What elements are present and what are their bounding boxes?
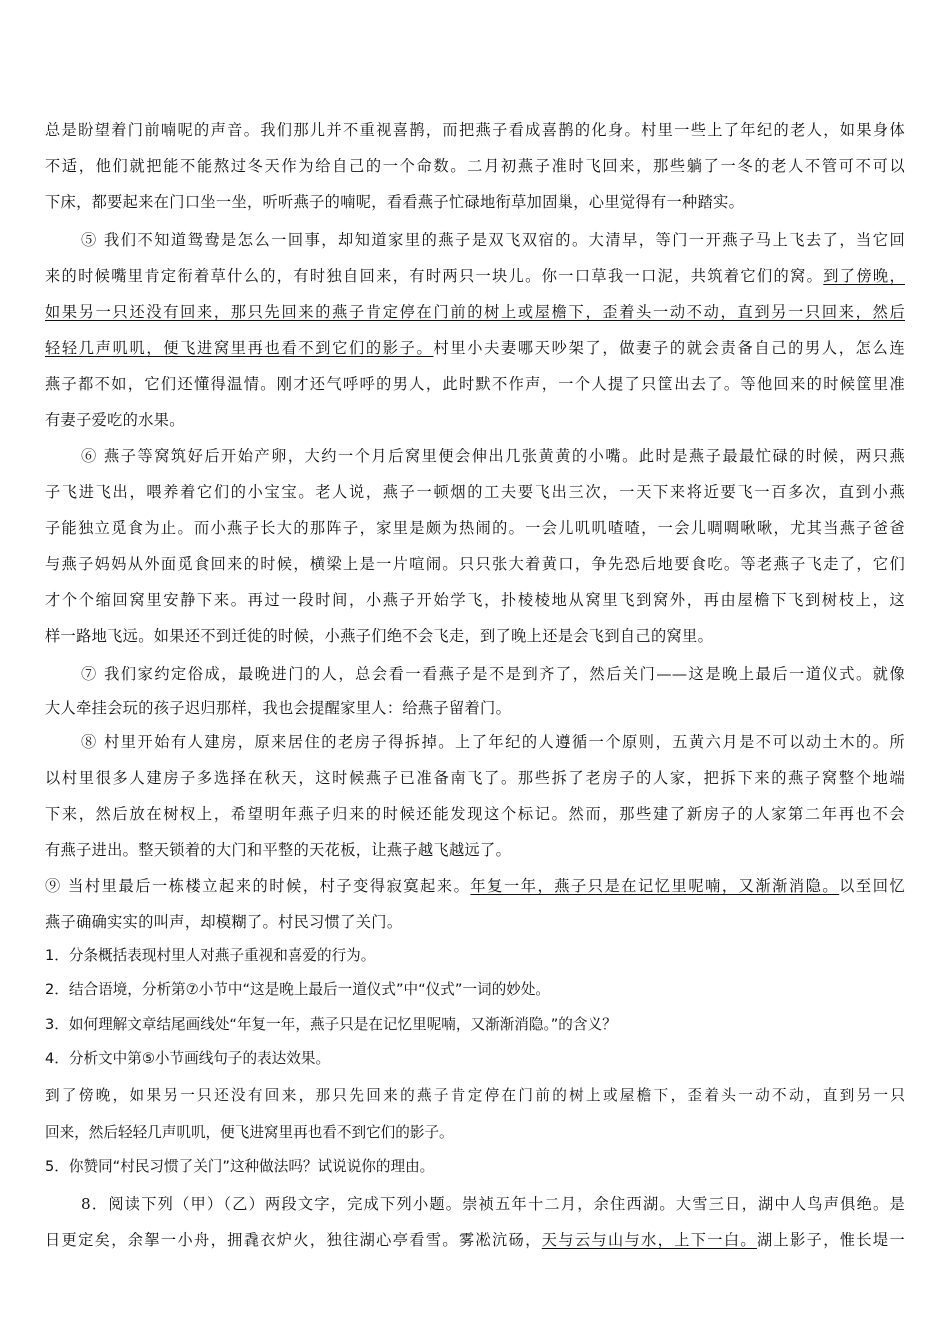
paragraph-5-line: 燕子都不如，它们还懂得温情。刚才还气呼呼的男人，此时默不作声，一个人提了只筐出去… <box>45 366 905 402</box>
paragraph-5-line: 轻轻几声叽叽，便飞进窝里再也看不到它们的影子。村里小夫妻哪天吵架了，做妻子的就会… <box>45 330 905 366</box>
paragraph-9-line: 燕子确确实实的叫声，却模糊了。村民习惯了关门。 <box>45 904 905 940</box>
paragraph-6-line: 与燕子妈妈从外面觅食回来的时候，横梁上是一片喧闹。只只张大着黄口，争先恐后地要食… <box>45 546 905 582</box>
question-3: 3．如何理解文章结尾画线处“年复一年，燕子只是在记忆里呢喃，又渐渐消隐。”的含义… <box>45 1007 905 1043</box>
plain-text: 湖上影子，惟长堤一 <box>757 1231 905 1249</box>
paragraph-5-line: 如果另一只还没有回来，那只先回来的燕子肯定停在门前的树上或屋檐下，歪着头一动不动… <box>45 294 905 330</box>
paragraph-8-line: 有燕子进出。整天锁着的大门和平整的天花板，让燕子越飞越远了。 <box>45 832 905 868</box>
plain-text: 日更定矣，余挐一小舟，拥毳衣炉火，独往湖心亭看雪。雾凇沆砀， <box>45 1231 542 1249</box>
plain-text: 以至回忆 <box>839 877 905 895</box>
paragraph-5-line: 来的时候嘴里肯定衔着草什么的，有时独自回来，有时两只一块儿。你一口草我一口泥，共… <box>45 258 905 294</box>
underlined-sentence: 到了傍晚， <box>823 267 905 285</box>
underlined-sentence: 天与云与山与水，上下一白。 <box>542 1231 757 1249</box>
paragraph-6-line: 子飞进飞出，喂养着它们的小宝宝。老人说，燕子一顿烟的工夫要飞出三次，一天下来将近… <box>45 474 905 510</box>
paragraph-8-line: 下来，然后放在树杈上，希望明年燕子归来的时候还能发现这个标记。然而，那些建了新房… <box>45 796 905 832</box>
paragraph-6-line: 才个个缩回窝里安静下来。再过一段时间，小燕子开始学飞，扑棱棱地从窝里飞到窝外，再… <box>45 582 905 618</box>
paragraph-line: 总是盼望着门前喃呢的声音。我们那儿并不重视喜鹊，而把燕子看成喜鹊的化身。村里一些… <box>45 112 905 148</box>
paragraph-9-line: ⑨ 当村里最后一栋楼立起来的时候，村子变得寂寞起来。年复一年，燕子只是在记忆里呢… <box>45 868 905 904</box>
underlined-sentence: 轻轻几声叽叽，便飞进窝里再也看不到它们的影子。 <box>45 339 433 357</box>
question-8-line: 日更定矣，余挐一小舟，拥毳衣炉火，独往湖心亭看雪。雾凇沆砀，天与云与山与水，上下… <box>45 1222 905 1258</box>
paragraph-8-line: 以村里很多人建房子多选择在秋天，这时候燕子已准备南飞了。那些拆了老房子的人家，把… <box>45 760 905 796</box>
underlined-sentence: 年复一年，燕子只是在记忆里呢喃，又渐渐消隐。 <box>470 877 839 895</box>
question-4-quote-line: 到了傍晚，如果另一只还没有回来，那只先回来的燕子肯定停在门前的树上或屋檐下，歪着… <box>45 1078 905 1114</box>
paragraph-5-line: ⑤ 我们不知道鸳鸯是怎么一回事，却知道家里的燕子是双飞双宿的。大清早，等门一开燕… <box>45 222 905 258</box>
question-4-quote-line: 回来，然后轻轻几声叽叽，便飞进窝里再也看不到它们的影子。 <box>45 1115 905 1151</box>
paragraph-6-line: 样一路地飞远。如果还不到迁徙的时候，小燕子们绝不会飞走，到了晚上还是会飞到自己的… <box>45 618 905 654</box>
question-4: 4．分析文中第⑤小节画线句子的表达效果。 <box>45 1041 905 1077</box>
question-1: 1．分条概括表现村里人对燕子重视和喜爱的行为。 <box>45 938 905 974</box>
paragraph-7-line: 大人牵挂会玩的孩子迟归那样，我也会提醒家里人：给燕子留着门。 <box>45 690 905 726</box>
plain-text: 村里小夫妻哪天吵架了，做妻子的就会责备自己的男人，怎么连 <box>433 339 905 357</box>
paragraph-6-line: ⑥ 燕子等窝筑好后开始产卵，大约一个月后窝里便会伸出几张黄黄的小嘴。此时是燕子最… <box>45 438 905 474</box>
paragraph-5-line: 有妻子爱吃的水果。 <box>45 402 905 438</box>
plain-text: ⑨ 当村里最后一栋楼立起来的时候，村子变得寂寞起来。 <box>45 877 470 895</box>
paragraph-line: 不适，他们就把能不能熬过冬天作为给自己的一个命数。二月初燕子准时飞回来，那些躺了… <box>45 148 905 184</box>
paragraph-8-line: ⑧ 村里开始有人建房，原来居住的老房子得拆掉。上了年纪的人遵循一个原则，五黄六月… <box>45 724 905 760</box>
question-5: 5．你赞同“村民习惯了关门”这种做法吗？试说说你的理由。 <box>45 1149 905 1185</box>
paragraph-line: 下床，都要起来在门口坐一坐，听听燕子的喃呢，看看燕子忙碌地衔草加固巢，心里觉得有… <box>45 184 905 220</box>
paragraph-6-line: 子能独立觅食为止。而小燕子长大的那阵子，家里是颇为热闹的。一会儿叽叽喳喳，一会儿… <box>45 510 905 546</box>
plain-text: 来的时候嘴里肯定衔着草什么的，有时独自回来，有时两只一块儿。你一口草我一口泥，共… <box>45 267 823 285</box>
question-8-line: 8．阅读下列（甲）（乙）两段文字，完成下列小题。崇祯五年十二月，余住西湖。大雪三… <box>45 1186 905 1222</box>
underlined-sentence: 如果另一只还没有回来，那只先回来的燕子肯定停在门前的树上或屋檐下，歪着头一动不动… <box>45 303 905 321</box>
question-2: 2．结合语境，分析第⑦小节中“这是晚上最后一道仪式”中“仪式”一词的妙处。 <box>45 972 905 1008</box>
paragraph-7-line: ⑦ 我们家约定俗成，最晚进门的人，总会看一看燕子是不是到齐了，然后关门——这是晚… <box>45 656 905 692</box>
